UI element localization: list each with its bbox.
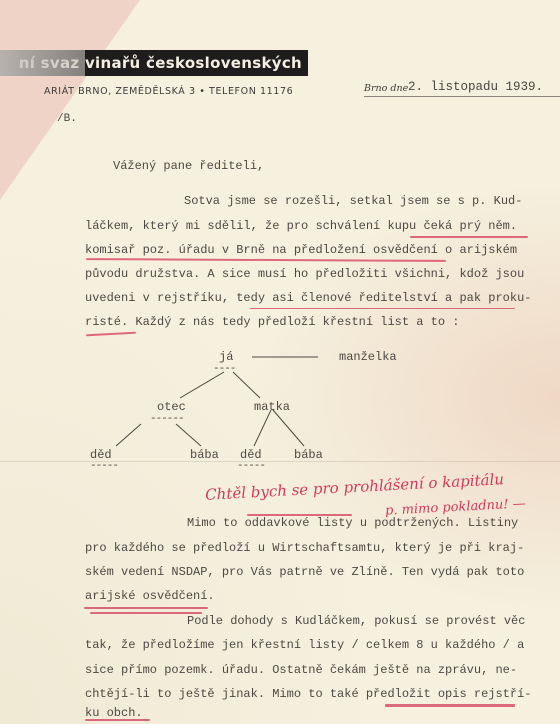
text-line: tak, že předložíme jen křestní listy / c… bbox=[85, 638, 524, 652]
tree-self: já bbox=[219, 350, 233, 364]
text-line: Podle dohody s Kudláčkem, pokusí se prov… bbox=[187, 614, 525, 628]
tree-maternal-grandmother: bába bbox=[294, 448, 323, 462]
salutation: Vážený pane řediteli, bbox=[113, 159, 264, 173]
text-line: chtějí-li to ještě jinak. Mimo to také p… bbox=[85, 687, 531, 701]
tree-paternal-grandmother: bába bbox=[190, 448, 219, 462]
tree-underline: ----- bbox=[90, 460, 118, 472]
text-line: Mimo to oddavkové listy u podtržených. L… bbox=[187, 516, 518, 530]
text-line: původu družstva. A sice musí ho předloži… bbox=[85, 267, 524, 281]
text-line: sice přímo pozemk. úřadu. Ostatně čekám … bbox=[85, 663, 517, 677]
reference-mark: /B. bbox=[57, 113, 77, 125]
date-label: Brno dne bbox=[364, 83, 408, 94]
red-underline bbox=[385, 704, 515, 707]
tree-underline: ---- bbox=[213, 363, 235, 375]
tree-father: otec bbox=[157, 400, 186, 414]
red-underline bbox=[90, 612, 202, 614]
text-line: Sotva jsme se rozešli, setkal jsem se s … bbox=[184, 194, 522, 208]
text-line: komisař poz. úřadu v Brně na předložení … bbox=[85, 243, 517, 257]
text-line: pro každého se předloží u Wirtschaftsamt… bbox=[85, 541, 524, 555]
text-line: arijské osvědčení. bbox=[85, 589, 215, 603]
text-line: láčkem, který mi sdělil, že pro schválen… bbox=[85, 219, 517, 233]
text-line: ském vedení NSDAP, pro Vás patrně ve Zlí… bbox=[85, 565, 524, 579]
text-line: risté. Každý z nás tedy předloží křestní… bbox=[85, 315, 459, 329]
paper-fold-line bbox=[0, 461, 560, 462]
date-line: Brno dne 2. listopadu 1939. bbox=[364, 80, 560, 97]
text-line: ku obch. bbox=[85, 706, 143, 720]
tree-underline: ------ bbox=[150, 413, 184, 425]
text-line: uvedeni v rejstříku, tedy asi členové ře… bbox=[85, 291, 531, 305]
letterhead-banner-faded bbox=[0, 50, 85, 76]
tree-spouse: manželka bbox=[339, 350, 397, 364]
tree-mother: matka bbox=[254, 400, 290, 414]
tree-underline: ----- bbox=[237, 460, 265, 472]
red-underline bbox=[410, 236, 528, 238]
date-value: 2. listopadu 1939. bbox=[408, 80, 543, 94]
letterhead-address: ARIÁT BRNO, ZEMĚDĚLSKÁ 3 • TELEFON 11176 bbox=[44, 86, 293, 97]
red-underline bbox=[84, 607, 208, 609]
red-underline bbox=[250, 308, 515, 309]
